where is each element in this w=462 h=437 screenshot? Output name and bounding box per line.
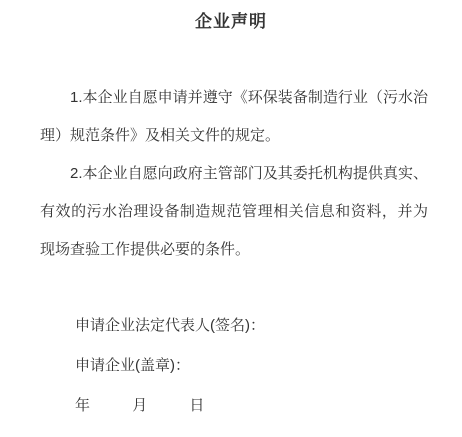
company-seal-label: 申请企业(盖章)： (40, 346, 428, 386)
declaration-paragraph-2: 2.本企业自愿向政府主管部门及其委托机构提供真实、有效的污水治理设备制造规范管理… (40, 155, 428, 269)
date-line: 年 月 日 (40, 386, 428, 426)
declaration-document: 企业声明 1.本企业自愿申请并遵守《环保装备制造行业（污水治理）规范条件》及相关… (0, 0, 462, 437)
document-body: 1.本企业自愿申请并遵守《环保装备制造行业（污水治理）规范条件》及相关文件的规定… (40, 79, 428, 269)
date-year-label: 年 (75, 386, 90, 426)
document-title: 企业声明 (0, 0, 462, 32)
legal-representative-signature-label: 申请企业法定代表人(签名)： (40, 306, 428, 346)
signature-block: 申请企业法定代表人(签名)： 申请企业(盖章)： 年 月 日 (40, 306, 428, 426)
date-month-label: 月 (132, 386, 147, 426)
declaration-paragraph-1: 1.本企业自愿申请并遵守《环保装备制造行业（污水治理）规范条件》及相关文件的规定… (40, 79, 428, 155)
date-day-label: 日 (189, 386, 204, 426)
